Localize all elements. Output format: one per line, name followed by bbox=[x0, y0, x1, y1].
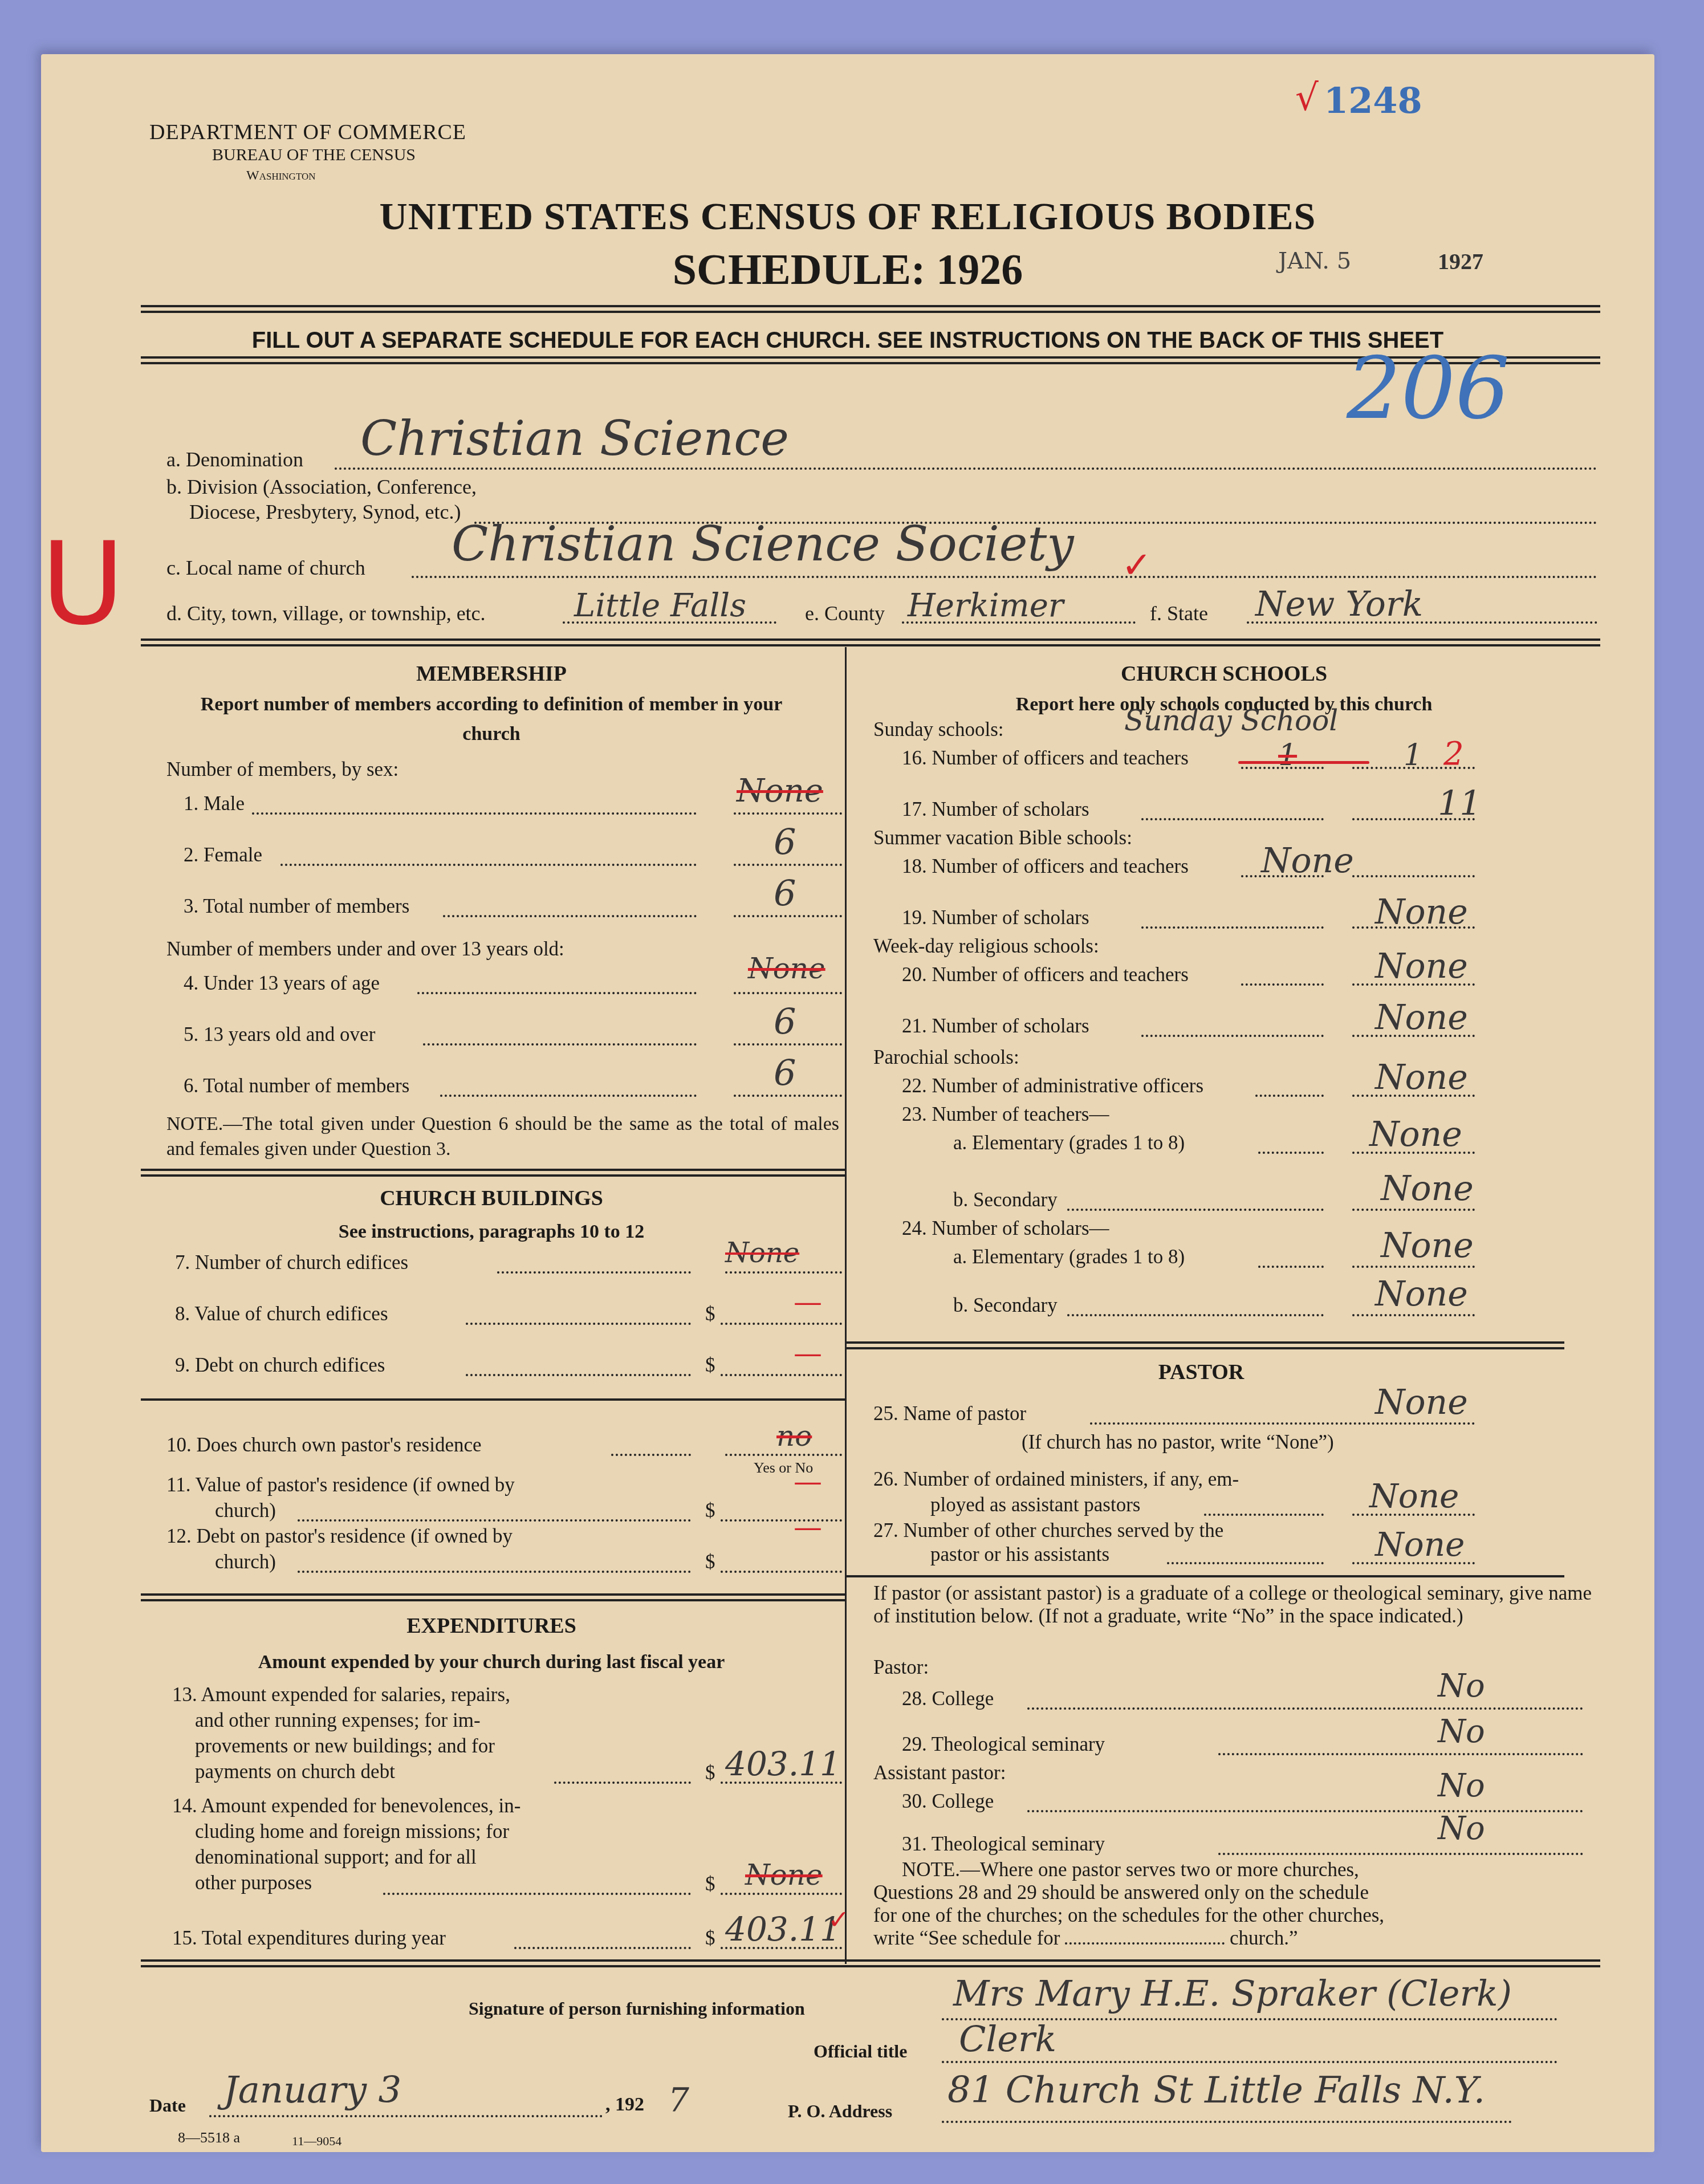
church-buildings-heading: CHURCH BUILDINGS bbox=[141, 1186, 842, 1211]
teachers-secondary-label: b. Secondary bbox=[953, 1189, 1058, 1211]
fill-line bbox=[514, 1947, 691, 1949]
membership-subheading: Report number of members according to de… bbox=[184, 690, 799, 749]
fill-line bbox=[1352, 1209, 1475, 1211]
vbs-scholars-field[interactable]: None bbox=[1375, 892, 1468, 932]
fill-line bbox=[1218, 1853, 1583, 1855]
fill-line bbox=[1067, 1314, 1324, 1316]
teachers-secondary-field[interactable]: None bbox=[1381, 1169, 1474, 1209]
label-line: cluding home and foreign missions; for bbox=[172, 1819, 520, 1844]
pastor-college-label: 28. College bbox=[902, 1687, 994, 1710]
fill-line bbox=[1258, 1152, 1324, 1154]
dollar-sign: $ bbox=[705, 1873, 715, 1896]
date-field[interactable]: January 3 bbox=[223, 2069, 401, 2112]
running-expenses-label: 13. Amount expended for salaries, repair… bbox=[172, 1682, 510, 1784]
note-line: Questions 28 and 29 should be answered o… bbox=[873, 1881, 1592, 1904]
label-line: and other running expenses; for im- bbox=[172, 1707, 510, 1733]
asst-college-label: 30. College bbox=[902, 1790, 994, 1813]
label-line: other purposes bbox=[172, 1870, 520, 1896]
fill-line bbox=[734, 812, 842, 815]
signature-label: Signature of person furnishing informati… bbox=[469, 1998, 805, 2019]
division-label-2: Diocese, Presbytery, Synod, etc.) bbox=[189, 500, 461, 524]
asst-college-field[interactable]: No bbox=[1438, 1767, 1485, 1804]
expenditures-subheading: Amount expended by your church during la… bbox=[141, 1648, 842, 1677]
edifices-value-label: 8. Value of church edifices bbox=[175, 1303, 388, 1325]
other-churches-field[interactable]: None bbox=[1375, 1525, 1465, 1564]
fill-line bbox=[734, 915, 842, 917]
residence-debt-field[interactable]: — bbox=[794, 1511, 822, 1544]
asst-seminary-label: 31. Theological seminary bbox=[902, 1833, 1105, 1856]
asst-ministers-label-2: ployed as assistant pastors bbox=[930, 1494, 1140, 1516]
edifices-debt-label: 9. Debt on church edifices bbox=[175, 1354, 385, 1377]
wd-scholars-label: 21. Number of scholars bbox=[902, 1015, 1089, 1038]
fill-line bbox=[1090, 1422, 1475, 1425]
fill-line bbox=[1141, 926, 1324, 929]
dollar-sign: $ bbox=[705, 1354, 715, 1377]
column-divider bbox=[845, 647, 847, 1964]
form-number: 8—5518 a bbox=[178, 2129, 240, 2146]
official-title-label: Official title bbox=[814, 2041, 907, 2062]
vbs-scholars-label: 19. Number of scholars bbox=[902, 906, 1089, 929]
residence-value-label: 11. Value of pastor's residence (if owne… bbox=[166, 1474, 515, 1496]
other-churches-label-2: pastor or his assistants bbox=[930, 1543, 1109, 1566]
membership-heading: MEMBERSHIP bbox=[141, 661, 842, 686]
asst-seminary-field[interactable]: No bbox=[1438, 1810, 1485, 1847]
note-line: NOTE.—Where one pastor serves two or mor… bbox=[873, 1858, 1592, 1881]
scholars-elementary-label: a. Elementary (grades 1 to 8) bbox=[953, 1246, 1185, 1268]
under-13-field[interactable]: None bbox=[748, 952, 825, 985]
divider bbox=[846, 1575, 1564, 1577]
scholars-label: 24. Number of scholars— bbox=[902, 1217, 1109, 1240]
dollar-sign: $ bbox=[705, 1927, 715, 1950]
divider bbox=[141, 638, 1600, 646]
fill-line bbox=[440, 1095, 697, 1097]
dollar-sign: $ bbox=[705, 1762, 715, 1784]
edifices-value-field[interactable]: — bbox=[794, 1286, 822, 1319]
label-line: payments on church debt bbox=[172, 1759, 510, 1784]
divider bbox=[846, 1347, 1564, 1349]
label-line: 14. Amount expended for benevolences, in… bbox=[172, 1793, 520, 1819]
vbs-officers-field[interactable]: None bbox=[1261, 841, 1354, 881]
denomination-label: a. Denomination bbox=[166, 448, 303, 471]
dollar-sign: $ bbox=[705, 1303, 715, 1325]
scholars-secondary-field[interactable]: None bbox=[1375, 1274, 1468, 1314]
edifices-count-field[interactable]: None bbox=[725, 1237, 799, 1269]
fill-line bbox=[1352, 875, 1475, 877]
fill-line bbox=[252, 812, 697, 815]
location-heading: Washington bbox=[246, 168, 316, 184]
total-expenditures-field[interactable]: 403.11 bbox=[725, 1910, 841, 1949]
fill-line bbox=[466, 1323, 691, 1325]
total-members-label: 3. Total number of members bbox=[184, 895, 409, 918]
fill-line bbox=[1065, 1942, 1225, 1945]
dollar-sign: $ bbox=[705, 1551, 715, 1573]
divider bbox=[141, 1398, 845, 1401]
fill-line bbox=[1141, 818, 1324, 820]
divider bbox=[141, 1169, 845, 1171]
wd-officers-label: 20. Number of officers and teachers bbox=[902, 963, 1189, 986]
margin-mark-u: U bbox=[41, 527, 124, 641]
pastor-seminary-label: 29. Theological seminary bbox=[902, 1733, 1105, 1756]
fill-line bbox=[1255, 1095, 1324, 1097]
pastor-note: NOTE.—Where one pastor serves two or mor… bbox=[873, 1858, 1592, 1950]
fill-line bbox=[1167, 1562, 1324, 1564]
fill-line bbox=[280, 864, 697, 866]
ss-officers-correction: 2 bbox=[1443, 735, 1464, 772]
dollar-sign: $ bbox=[705, 1499, 715, 1522]
pastor-college-field[interactable]: No bbox=[1438, 1668, 1485, 1705]
other-churches-label: 27. Number of other churches served by t… bbox=[873, 1519, 1223, 1542]
church-schools-heading: CHURCH SCHOOLS bbox=[848, 661, 1600, 686]
label-line: provements or new buildings; and for bbox=[172, 1733, 510, 1759]
fill-line bbox=[734, 864, 842, 866]
fill-line bbox=[554, 1782, 691, 1784]
residence-debt-label-2: church) bbox=[215, 1551, 276, 1573]
fill-line bbox=[209, 2115, 603, 2117]
total-members-2-label: 6. Total number of members bbox=[184, 1075, 409, 1097]
fill-line bbox=[1027, 1810, 1583, 1812]
residence-value-field[interactable]: — bbox=[794, 1465, 822, 1498]
handwritten-number: 206 bbox=[1347, 339, 1510, 438]
pastor-seminary-field[interactable]: No bbox=[1438, 1713, 1485, 1750]
fill-line bbox=[942, 2121, 1512, 2123]
fill-line bbox=[942, 2061, 1557, 2063]
fill-line bbox=[383, 1893, 691, 1895]
sunday-schools-label: Sunday schools: bbox=[873, 718, 1003, 741]
fill-line bbox=[466, 1374, 691, 1376]
sunday-school-note: Sunday School bbox=[1124, 704, 1338, 737]
admin-officers-label: 22. Number of administrative officers bbox=[902, 1075, 1203, 1097]
group-label: Number of members under and over 13 year… bbox=[166, 938, 564, 961]
membership-note: NOTE.—The total given under Question 6 s… bbox=[166, 1112, 839, 1162]
bureau-heading: BUREAU OF THE CENSUS bbox=[212, 145, 416, 165]
strike-mark bbox=[1238, 761, 1369, 764]
fill-line bbox=[721, 1323, 842, 1325]
department-heading: DEPARTMENT OF COMMERCE bbox=[149, 120, 466, 145]
benevolences-field[interactable]: None bbox=[745, 1858, 823, 1892]
total-expenditures-label: 15. Total expenditures during year bbox=[172, 1927, 446, 1950]
county-label: e. County bbox=[805, 601, 885, 625]
divider bbox=[141, 1599, 845, 1601]
fill-line bbox=[1218, 1753, 1583, 1755]
fill-line bbox=[298, 1519, 691, 1522]
edifices-debt-field[interactable]: — bbox=[794, 1337, 822, 1370]
scholars-elementary-field[interactable]: None bbox=[1381, 1226, 1474, 1266]
fill-line bbox=[412, 576, 1597, 578]
owns-residence-field[interactable]: no bbox=[776, 1420, 812, 1453]
residence-debt-label: 12. Debt on pastor's residence (if owned… bbox=[166, 1525, 513, 1548]
note-line: church.” bbox=[1230, 1927, 1298, 1949]
denomination-field[interactable]: Christian Science bbox=[360, 410, 789, 466]
city-field[interactable]: Little Falls bbox=[574, 587, 746, 624]
divider bbox=[141, 1959, 1600, 1967]
assistant-subgroup-label: Assistant pastor: bbox=[873, 1762, 1006, 1784]
print-number: 11—9054 bbox=[292, 2134, 341, 2149]
fill-line bbox=[298, 1571, 691, 1573]
check-mark-icon: √ bbox=[1295, 77, 1319, 119]
fill-line bbox=[721, 1893, 842, 1895]
pastor-heading: PASTOR bbox=[848, 1360, 1555, 1385]
date-label: Date bbox=[149, 2095, 186, 2116]
fill-line bbox=[721, 1519, 842, 1522]
weekday-schools-label: Week-day religious schools: bbox=[873, 935, 1099, 958]
official-title-field[interactable]: Clerk bbox=[959, 2018, 1056, 2060]
fill-line bbox=[725, 1271, 842, 1274]
male-field[interactable]: None bbox=[737, 772, 823, 810]
fill-line bbox=[335, 467, 1597, 470]
vbs-officers-label: 18. Number of officers and teachers bbox=[902, 855, 1189, 878]
pastor-name-label: 25. Name of pastor bbox=[873, 1402, 1026, 1425]
fill-line bbox=[1067, 1209, 1324, 1211]
divider bbox=[141, 1174, 845, 1177]
expenditures-heading: EXPENDITURES bbox=[141, 1613, 842, 1638]
check-mark-icon: ✓ bbox=[828, 1904, 850, 1935]
wd-scholars-field[interactable]: None bbox=[1375, 998, 1468, 1038]
total-members-2-field[interactable]: 6 bbox=[774, 1052, 796, 1093]
address-label: P. O. Address bbox=[788, 2101, 892, 2122]
over-13-label: 5. 13 years old and over bbox=[184, 1023, 375, 1046]
teachers-elementary-field[interactable]: None bbox=[1369, 1115, 1462, 1154]
fill-line bbox=[1258, 1266, 1324, 1268]
teachers-label: 23. Number of teachers— bbox=[902, 1103, 1109, 1126]
fill-line bbox=[1204, 1514, 1324, 1516]
under-13-label: 4. Under 13 years of age bbox=[184, 972, 380, 995]
over-13-field[interactable]: 6 bbox=[774, 1001, 796, 1042]
fill-line bbox=[721, 1571, 842, 1573]
local-name-label: c. Local name of church bbox=[166, 556, 365, 580]
fill-line bbox=[725, 1454, 842, 1456]
owns-residence-label: 10. Does church own pastor's residence bbox=[166, 1434, 482, 1457]
education-intro: If pastor (or assistant pastor) is a gra… bbox=[873, 1582, 1592, 1628]
pastor-name-hint: (If church has no pastor, write “None”) bbox=[1022, 1431, 1334, 1454]
fill-line bbox=[611, 1454, 691, 1456]
benevolences-label: 14. Amount expended for benevolences, in… bbox=[172, 1793, 520, 1896]
pastor-name-field[interactable]: None bbox=[1375, 1382, 1468, 1422]
file-number-stamp: 1248 bbox=[1324, 80, 1422, 121]
fill-line bbox=[1027, 1707, 1583, 1710]
state-label: f. State bbox=[1150, 601, 1208, 625]
scholars-secondary-label: b. Secondary bbox=[953, 1294, 1058, 1317]
wd-officers-field[interactable]: None bbox=[1375, 946, 1468, 986]
check-mark-icon: ✓ bbox=[1121, 544, 1152, 587]
fill-line bbox=[443, 915, 697, 917]
fill-line bbox=[734, 992, 842, 994]
edifices-count-label: 7. Number of church edifices bbox=[175, 1251, 408, 1274]
address-field[interactable]: 81 Church St Little Falls N.Y. bbox=[947, 2069, 1485, 2112]
fill-line bbox=[721, 1374, 842, 1376]
local-name-field[interactable]: Christian Science Society bbox=[452, 516, 1074, 572]
divider bbox=[141, 1593, 845, 1596]
fill-line bbox=[1352, 1266, 1475, 1268]
total-members-field[interactable]: 6 bbox=[774, 872, 796, 914]
label-line: denominational support; and for all bbox=[172, 1844, 520, 1870]
parochial-schools-label: Parochial schools: bbox=[873, 1046, 1019, 1069]
note-line: for one of the churches; on the schedule… bbox=[873, 1904, 1592, 1927]
schedule-title: SCHEDULE: 1926 bbox=[41, 245, 1654, 295]
year-field[interactable]: 7 bbox=[668, 2081, 689, 2120]
running-expenses-field[interactable]: 403.11 bbox=[725, 1744, 841, 1783]
fill-line bbox=[734, 1095, 842, 1097]
male-label: 1. Male bbox=[184, 792, 245, 815]
year-prefix: , 192 bbox=[605, 2094, 644, 2116]
county-field[interactable]: Herkimer bbox=[908, 587, 1064, 624]
ss-officers-field[interactable]: 1 bbox=[1404, 738, 1422, 772]
pastor-subgroup-label: Pastor: bbox=[873, 1656, 929, 1679]
admin-officers-field[interactable]: None bbox=[1375, 1058, 1468, 1097]
divider bbox=[141, 305, 1600, 313]
received-year-stamp: 1927 bbox=[1438, 248, 1483, 275]
fill-line bbox=[1352, 1314, 1475, 1316]
fill-line bbox=[734, 1043, 842, 1046]
ss-scholars-field[interactable]: 11 bbox=[1438, 784, 1481, 824]
census-schedule-page: DEPARTMENT OF COMMERCE BUREAU OF THE CEN… bbox=[41, 54, 1654, 2152]
label-line: 13. Amount expended for salaries, repair… bbox=[172, 1682, 510, 1707]
fill-line bbox=[497, 1271, 691, 1274]
state-field[interactable]: New York bbox=[1255, 584, 1423, 624]
note-line: write “See schedule for bbox=[873, 1927, 1060, 1949]
ss-scholars-label: 17. Number of scholars bbox=[902, 798, 1089, 821]
female-label: 2. Female bbox=[184, 844, 262, 867]
divider bbox=[846, 1341, 1564, 1344]
fill-line bbox=[1241, 983, 1324, 986]
group-label: Number of members, by sex: bbox=[166, 758, 398, 781]
division-label: b. Division (Association, Conference, bbox=[166, 475, 477, 499]
ss-officers-struck: 1 bbox=[1278, 738, 1297, 772]
fill-line bbox=[417, 992, 697, 994]
fill-line bbox=[1141, 1035, 1324, 1037]
asst-ministers-field[interactable]: None bbox=[1369, 1477, 1459, 1515]
signature-field[interactable]: Mrs Mary H.E. Spraker (Clerk) bbox=[953, 1972, 1512, 2014]
received-date-stamp: JAN. 5 bbox=[1278, 248, 1351, 274]
fill-line bbox=[423, 1043, 697, 1046]
city-label: d. City, town, village, or township, etc… bbox=[166, 601, 486, 625]
summer-schools-label: Summer vacation Bible schools: bbox=[873, 827, 1132, 849]
document-title: UNITED STATES CENSUS OF RELIGIOUS BODIES bbox=[41, 194, 1654, 239]
ss-officers-label: 16. Number of officers and teachers bbox=[902, 747, 1189, 770]
residence-value-label-2: church) bbox=[215, 1499, 276, 1522]
asst-ministers-label: 26. Number of ordained ministers, if any… bbox=[873, 1468, 1239, 1491]
teachers-elementary-label: a. Elementary (grades 1 to 8) bbox=[953, 1132, 1185, 1154]
female-field[interactable]: 6 bbox=[774, 821, 796, 863]
